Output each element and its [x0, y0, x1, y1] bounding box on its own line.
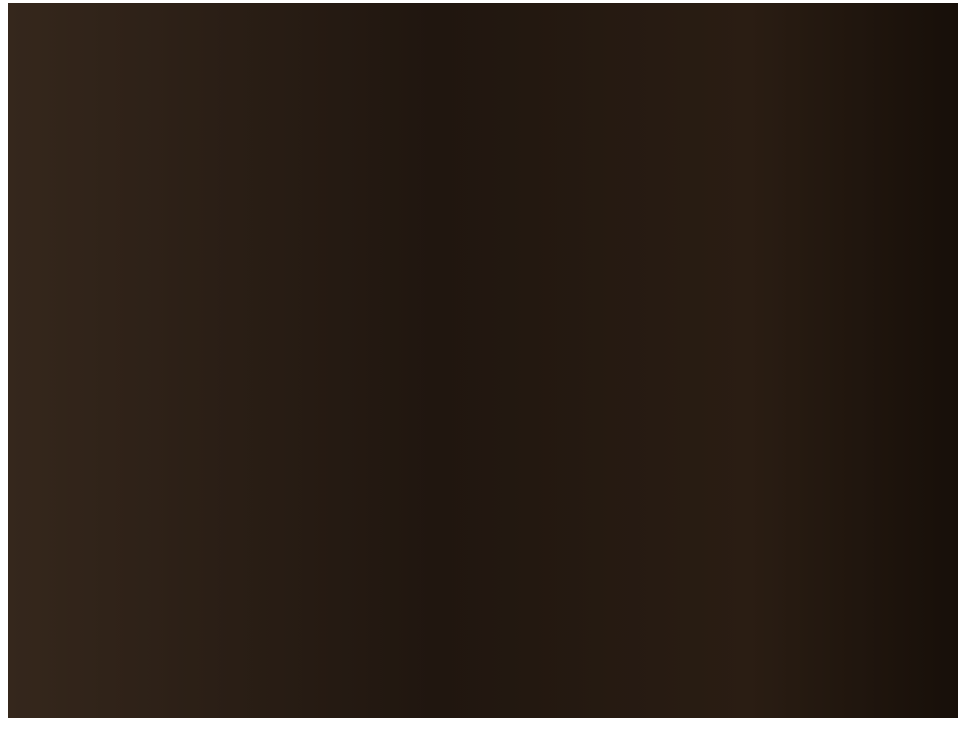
table-surface-dark	[8, 3, 958, 718]
photographed-document: ๕๕) เงินโบราณสมัยต่างๆ เงินตราแผ่นดิน ๕๗…	[8, 3, 958, 718]
